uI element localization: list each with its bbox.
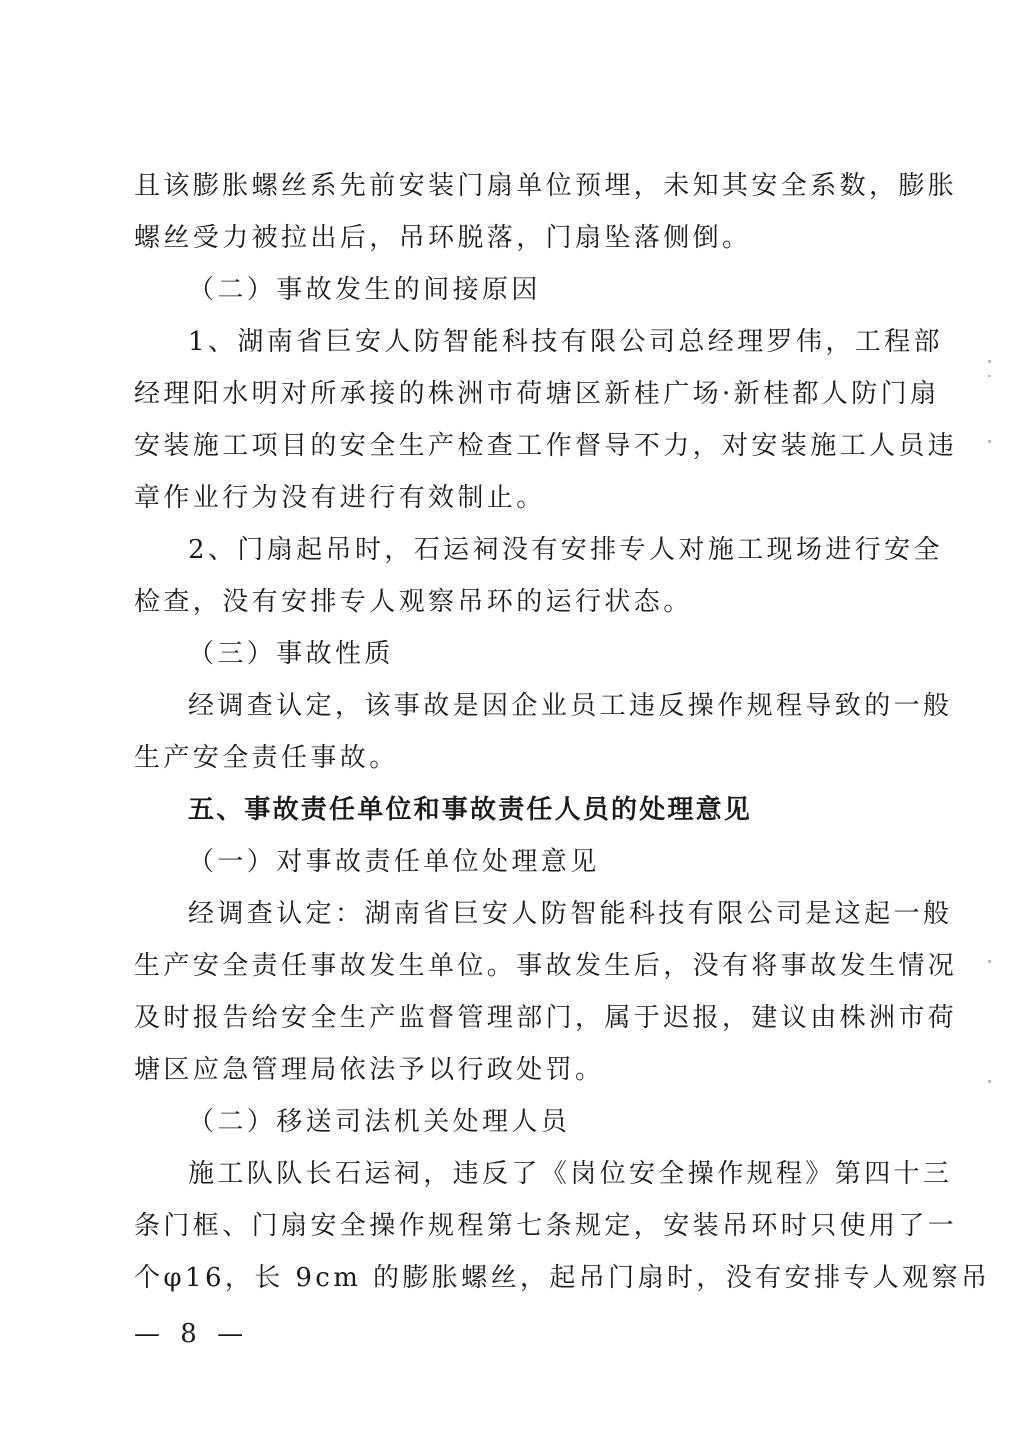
page-number: — 8 — [134, 1318, 249, 1350]
text-line: 章作业行为没有进行有效制止。 [134, 482, 898, 514]
scan-margin-mark [988, 375, 991, 377]
text-line: 个φ16，长 9cm 的膨胀螺丝，起吊门扇时，没有安排专人观察吊 [134, 1262, 898, 1294]
section-heading: 五、事故责任单位和事故责任人员的处理意见 [188, 794, 898, 826]
scan-margin-mark [988, 360, 991, 363]
document-page: 且该膨胀螺丝系先前安装门扇单位预埋，未知其安全系数，膨胀螺丝受力被拉出后，吊环脱… [0, 0, 1024, 1446]
text-line: 及时报告给安全生产监督管理部门，属于迟报，建议由株洲市荷 [134, 1002, 898, 1034]
text-line: 生产安全责任事故发生单位。事故发生后，没有将事故发生情况 [134, 950, 898, 982]
text-line: （一）对事故责任单位处理意见 [188, 846, 898, 878]
text-line: 且该膨胀螺丝系先前安装门扇单位预埋，未知其安全系数，膨胀 [134, 170, 898, 202]
text-line: （二）事故发生的间接原因 [188, 274, 898, 306]
text-line: 生产安全责任事故。 [134, 742, 898, 774]
text-line: （二）移送司法机关处理人员 [188, 1106, 898, 1138]
text-line: 检查，没有安排专人观察吊环的运行状态。 [134, 586, 898, 618]
text-line: 1、湖南省巨安人防智能科技有限公司总经理罗伟，工程部 [188, 326, 898, 358]
text-line: 施工队队长石运祠，违反了《岗位安全操作规程》第四十三 [188, 1158, 898, 1190]
text-line: 安装施工项目的安全生产检查工作督导不力，对安装施工人员违 [134, 430, 898, 462]
text-line: 条门框、门扇安全操作规程第七条规定，安装吊环时只使用了一 [134, 1210, 898, 1242]
text-line: 经调查认定，该事故是因企业员工违反操作规程导致的一般 [188, 690, 898, 722]
text-line: 塘区应急管理局依法予以行政处罚。 [134, 1054, 898, 1086]
scan-margin-mark [988, 960, 991, 963]
text-line: 2、门扇起吊时，石运祠没有安排专人对施工现场进行安全 [188, 534, 898, 566]
text-line: 经调查认定：湖南省巨安人防智能科技有限公司是这起一般 [188, 898, 898, 930]
scan-margin-mark [988, 1080, 991, 1083]
text-line: 螺丝受力被拉出后，吊环脱落，门扇坠落侧倒。 [134, 222, 898, 254]
scan-margin-mark [988, 440, 991, 443]
text-line: （三）事故性质 [188, 638, 898, 670]
text-line: 经理阳水明对所承接的株洲市荷塘区新桂广场·新桂都人防门扇 [134, 378, 898, 410]
